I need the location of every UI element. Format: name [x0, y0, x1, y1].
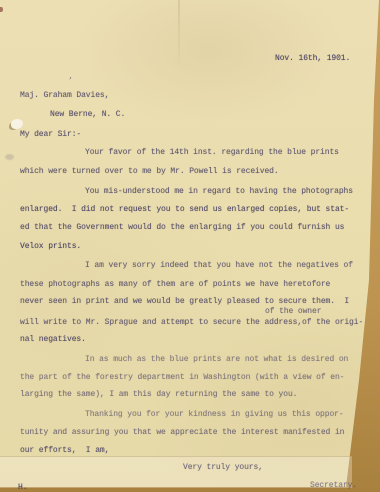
body-line: You mis-understood me in regard to havin…	[85, 187, 353, 197]
body-line: will write to Mr. Sprague and attempt to…	[20, 318, 363, 328]
body-line: our efforts, I am,	[20, 446, 109, 456]
body-line: Your favor of the 14th inst. regarding t…	[85, 148, 339, 158]
recipient-address-line: New Berne, N. C.	[50, 110, 125, 120]
body-line: ed that the Government would do the enla…	[20, 223, 344, 233]
body-line: Thanking you for your kindness in giving…	[85, 410, 344, 420]
body-line: enlarged. I did not request you to send …	[20, 205, 349, 215]
body-line: never seen in print and we would be grea…	[20, 297, 349, 307]
body-line: Velox prints.	[20, 242, 81, 252]
body-line: these photographs as many of them are of…	[20, 280, 330, 290]
body-line: tunity and assuring you that we apprecia…	[20, 428, 344, 438]
signature-initial-line: H.	[18, 483, 27, 492]
body-line: I am very sorry indeed that you have not…	[85, 261, 353, 271]
date-line: Nov. 16th, 1901.	[275, 54, 350, 64]
typed-text-layer: Nov. 16th, 1901.Maj. Graham Davies,New B…	[0, 0, 380, 492]
body-line: larging the same), I am this day returni…	[20, 390, 297, 400]
body-line: nal negatives.	[20, 335, 86, 345]
scanned-letter-page: ’ Nov. 16th, 1901.Maj. Graham Davies,New…	[0, 0, 380, 492]
salutation-line: My dear Sir:-	[20, 130, 81, 140]
body-line: the part of the forestry department in W…	[20, 373, 344, 383]
closing-line: Very truly yours,	[183, 463, 263, 473]
body-line: which were turned over to me by Mr. Powe…	[20, 167, 279, 177]
signature-title-line: Secretary.	[310, 481, 357, 491]
recipient-name-line: Maj. Graham Davies,	[20, 91, 109, 101]
body-line: In as much as the blue prints are not wh…	[85, 355, 348, 365]
insertion-line: of the owner	[265, 307, 321, 317]
